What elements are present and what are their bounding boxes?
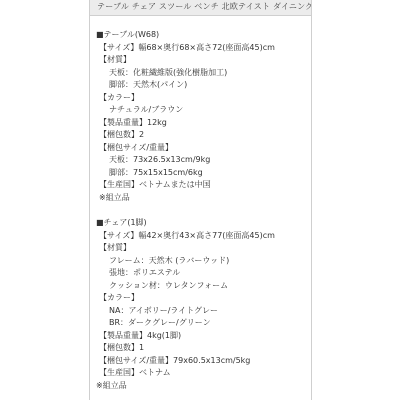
chair-material-label: 【材質】 bbox=[96, 242, 311, 255]
table-origin: 【生産国】ベトナムまたは中国 bbox=[96, 179, 311, 192]
chair-material-frame: フレーム：天然木 (ラバーウッド) bbox=[96, 255, 311, 268]
chair-weight: 【製品重量】4kg(1脚) bbox=[96, 330, 311, 343]
chair-heading: ■チェア(1脚) bbox=[96, 217, 311, 230]
chair-color-na: NA：アイボリー/ライトグレー bbox=[96, 305, 311, 318]
table-package-count: 【梱包数】2 bbox=[96, 129, 311, 142]
table-color-label: 【カラー】 bbox=[96, 92, 311, 105]
table-material-label: 【材質】 bbox=[96, 54, 311, 67]
spec-content: ■テーブル(W68) 【サイズ】幅68×奥行68×高さ72(座面高45)cm 【… bbox=[90, 29, 311, 392]
table-package-legs: 脚部：75x15x15cm/6kg bbox=[96, 167, 311, 180]
table-spec-section: ■テーブル(W68) 【サイズ】幅68×奥行68×高さ72(座面高45)cm 【… bbox=[96, 29, 311, 204]
chair-origin: 【生産国】ベトナム bbox=[96, 367, 311, 380]
chair-color-br: BR：ダークグレー/グリーン bbox=[96, 317, 311, 330]
table-assembly-note: ※組立品 bbox=[96, 192, 311, 205]
chair-package-size: 【梱包サイズ/重量】79x60.5x13cm/5kg bbox=[96, 355, 311, 368]
table-material-legs: 脚部：天然木(パイン) bbox=[96, 79, 311, 92]
chair-size: 【サイズ】幅42×奥行43×高さ77(座面高45)cm bbox=[96, 230, 311, 243]
table-package-top: 天板：73x26.5x13cm/9kg bbox=[96, 154, 311, 167]
chair-color-label: 【カラー】 bbox=[96, 292, 311, 305]
table-heading: ■テーブル(W68) bbox=[96, 29, 311, 42]
chair-assembly-note: ※組立品 bbox=[96, 380, 311, 393]
chair-material-upholstery: 張地：ポリエステル bbox=[96, 267, 311, 280]
spec-header-title: テーブル チェア スツール ベンチ 北欧テイスト ダイニング bbox=[90, 0, 311, 16]
table-weight: 【製品重量】12kg bbox=[96, 117, 311, 130]
table-color-value: ナチュラル/ブラウン bbox=[96, 104, 311, 117]
chair-spec-section: ■チェア(1脚) 【サイズ】幅42×奥行43×高さ77(座面高45)cm 【材質… bbox=[96, 217, 311, 392]
table-material-top: 天板：化粧繊維版(強化樹脂加工) bbox=[96, 67, 311, 80]
chair-material-cushion: クッション材：ウレタンフォーム bbox=[96, 280, 311, 293]
table-size: 【サイズ】幅68×奥行68×高さ72(座面高45)cm bbox=[96, 42, 311, 55]
product-spec-panel: テーブル チェア スツール ベンチ 北欧テイスト ダイニング ■テーブル(W68… bbox=[89, 0, 312, 400]
table-package-size-label: 【梱包サイズ/重量】 bbox=[96, 142, 311, 155]
chair-package-count: 【梱包数】1 bbox=[96, 342, 311, 355]
